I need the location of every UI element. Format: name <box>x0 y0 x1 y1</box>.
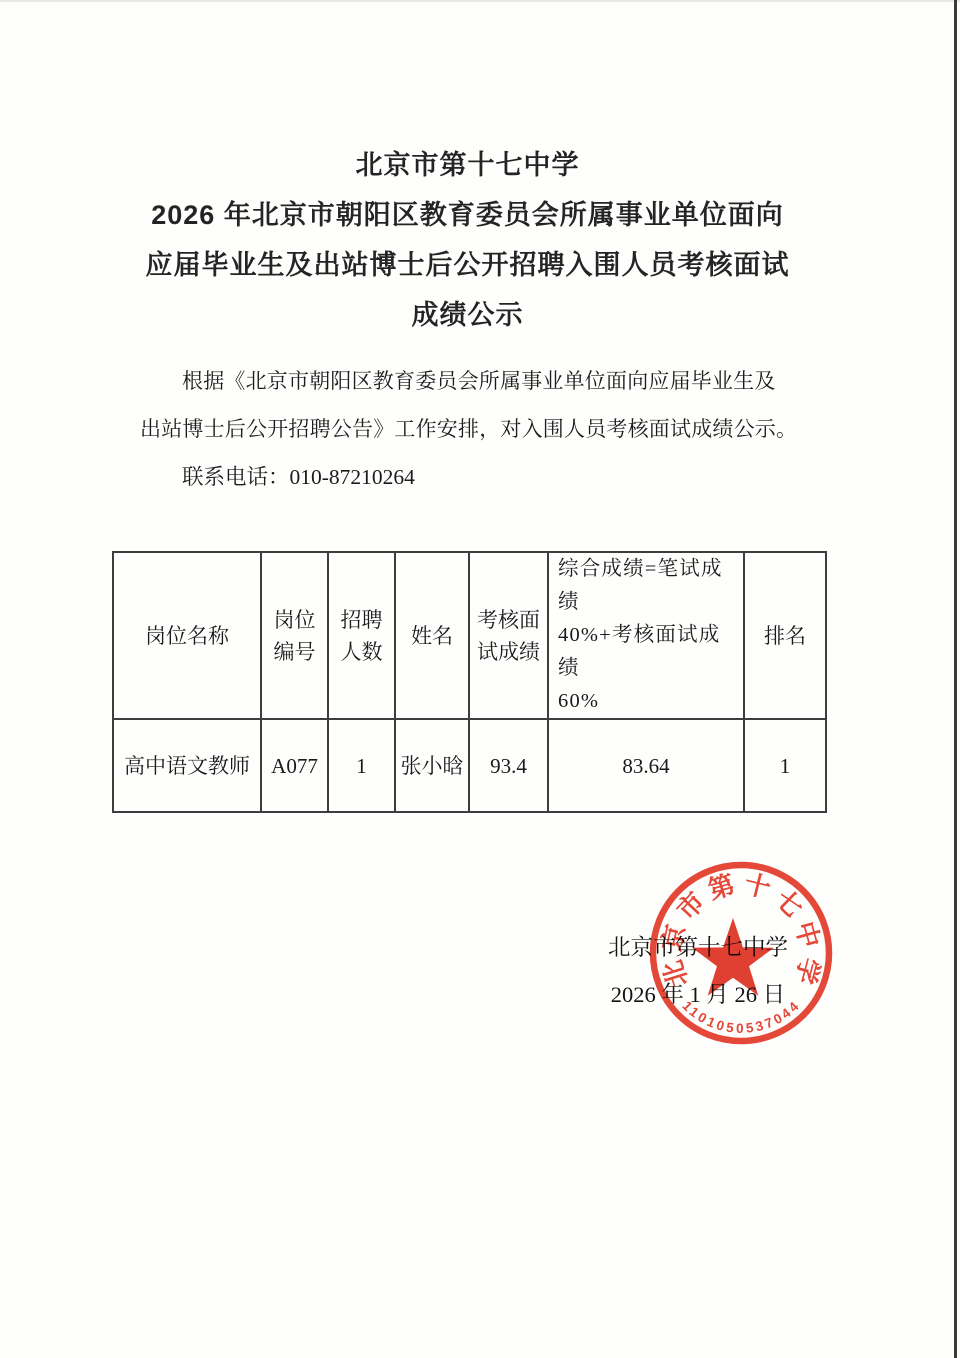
column-header-code: 岗位 编号 <box>261 552 328 719</box>
contact-phone: 联系电话：010-87210264 <box>140 461 660 493</box>
column-header-count: 招聘 人数 <box>328 552 395 719</box>
scan-top-edge <box>0 0 960 2</box>
column-header-composite: 综合成绩=笔试成绩 40%+考核面试成绩 60% <box>548 552 744 719</box>
cell-name: 张小晗 <box>395 719 469 812</box>
scanned-document-page: 北京市第十七中学 2026 年北京市朝阳区教育委员会所属事业单位面向 应届毕业生… <box>0 0 960 1358</box>
cell-composite-score: 83.64 <box>548 719 744 812</box>
document-title: 北京市第十七中学 2026 年北京市朝阳区教育委员会所属事业单位面向 应届毕业生… <box>0 140 935 340</box>
table-header-row: 岗位名称 岗位 编号 招聘 人数 姓名 考核面 试成绩 综合成绩=笔试成绩 40… <box>113 552 826 719</box>
seal-star-icon <box>692 918 774 996</box>
column-header-position: 岗位名称 <box>113 552 261 719</box>
title-line-school: 北京市第十七中学 <box>0 140 935 190</box>
cell-interview-score: 93.4 <box>469 719 548 812</box>
cell-position: 高中语文教师 <box>113 719 261 812</box>
column-header-rank: 排名 <box>744 552 826 719</box>
cell-code: A077 <box>261 719 328 812</box>
notice-paragraph: 根据《北京市朝阳区教育委员会所属事业单位面向应届毕业生及 出站博士后公开招聘公告… <box>140 357 830 453</box>
title-line-4: 成绩公示 <box>0 290 935 340</box>
title-line-3: 应届毕业生及出站博士后公开招聘入围人员考核面试 <box>0 240 935 290</box>
table-row: 高中语文教师 A077 1 张小晗 93.4 83.64 1 <box>113 719 826 812</box>
cell-rank: 1 <box>744 719 826 812</box>
column-header-interview: 考核面 试成绩 <box>469 552 548 719</box>
results-table: 岗位名称 岗位 编号 招聘 人数 姓名 考核面 试成绩 综合成绩=笔试成绩 40… <box>112 551 827 813</box>
scan-right-edge <box>954 0 957 1358</box>
official-seal: 北京市第十七中学 1101050537044 <box>646 858 836 1048</box>
title-line-2: 2026 年北京市朝阳区教育委员会所属事业单位面向 <box>0 190 935 240</box>
column-header-name: 姓名 <box>395 552 469 719</box>
cell-count: 1 <box>328 719 395 812</box>
